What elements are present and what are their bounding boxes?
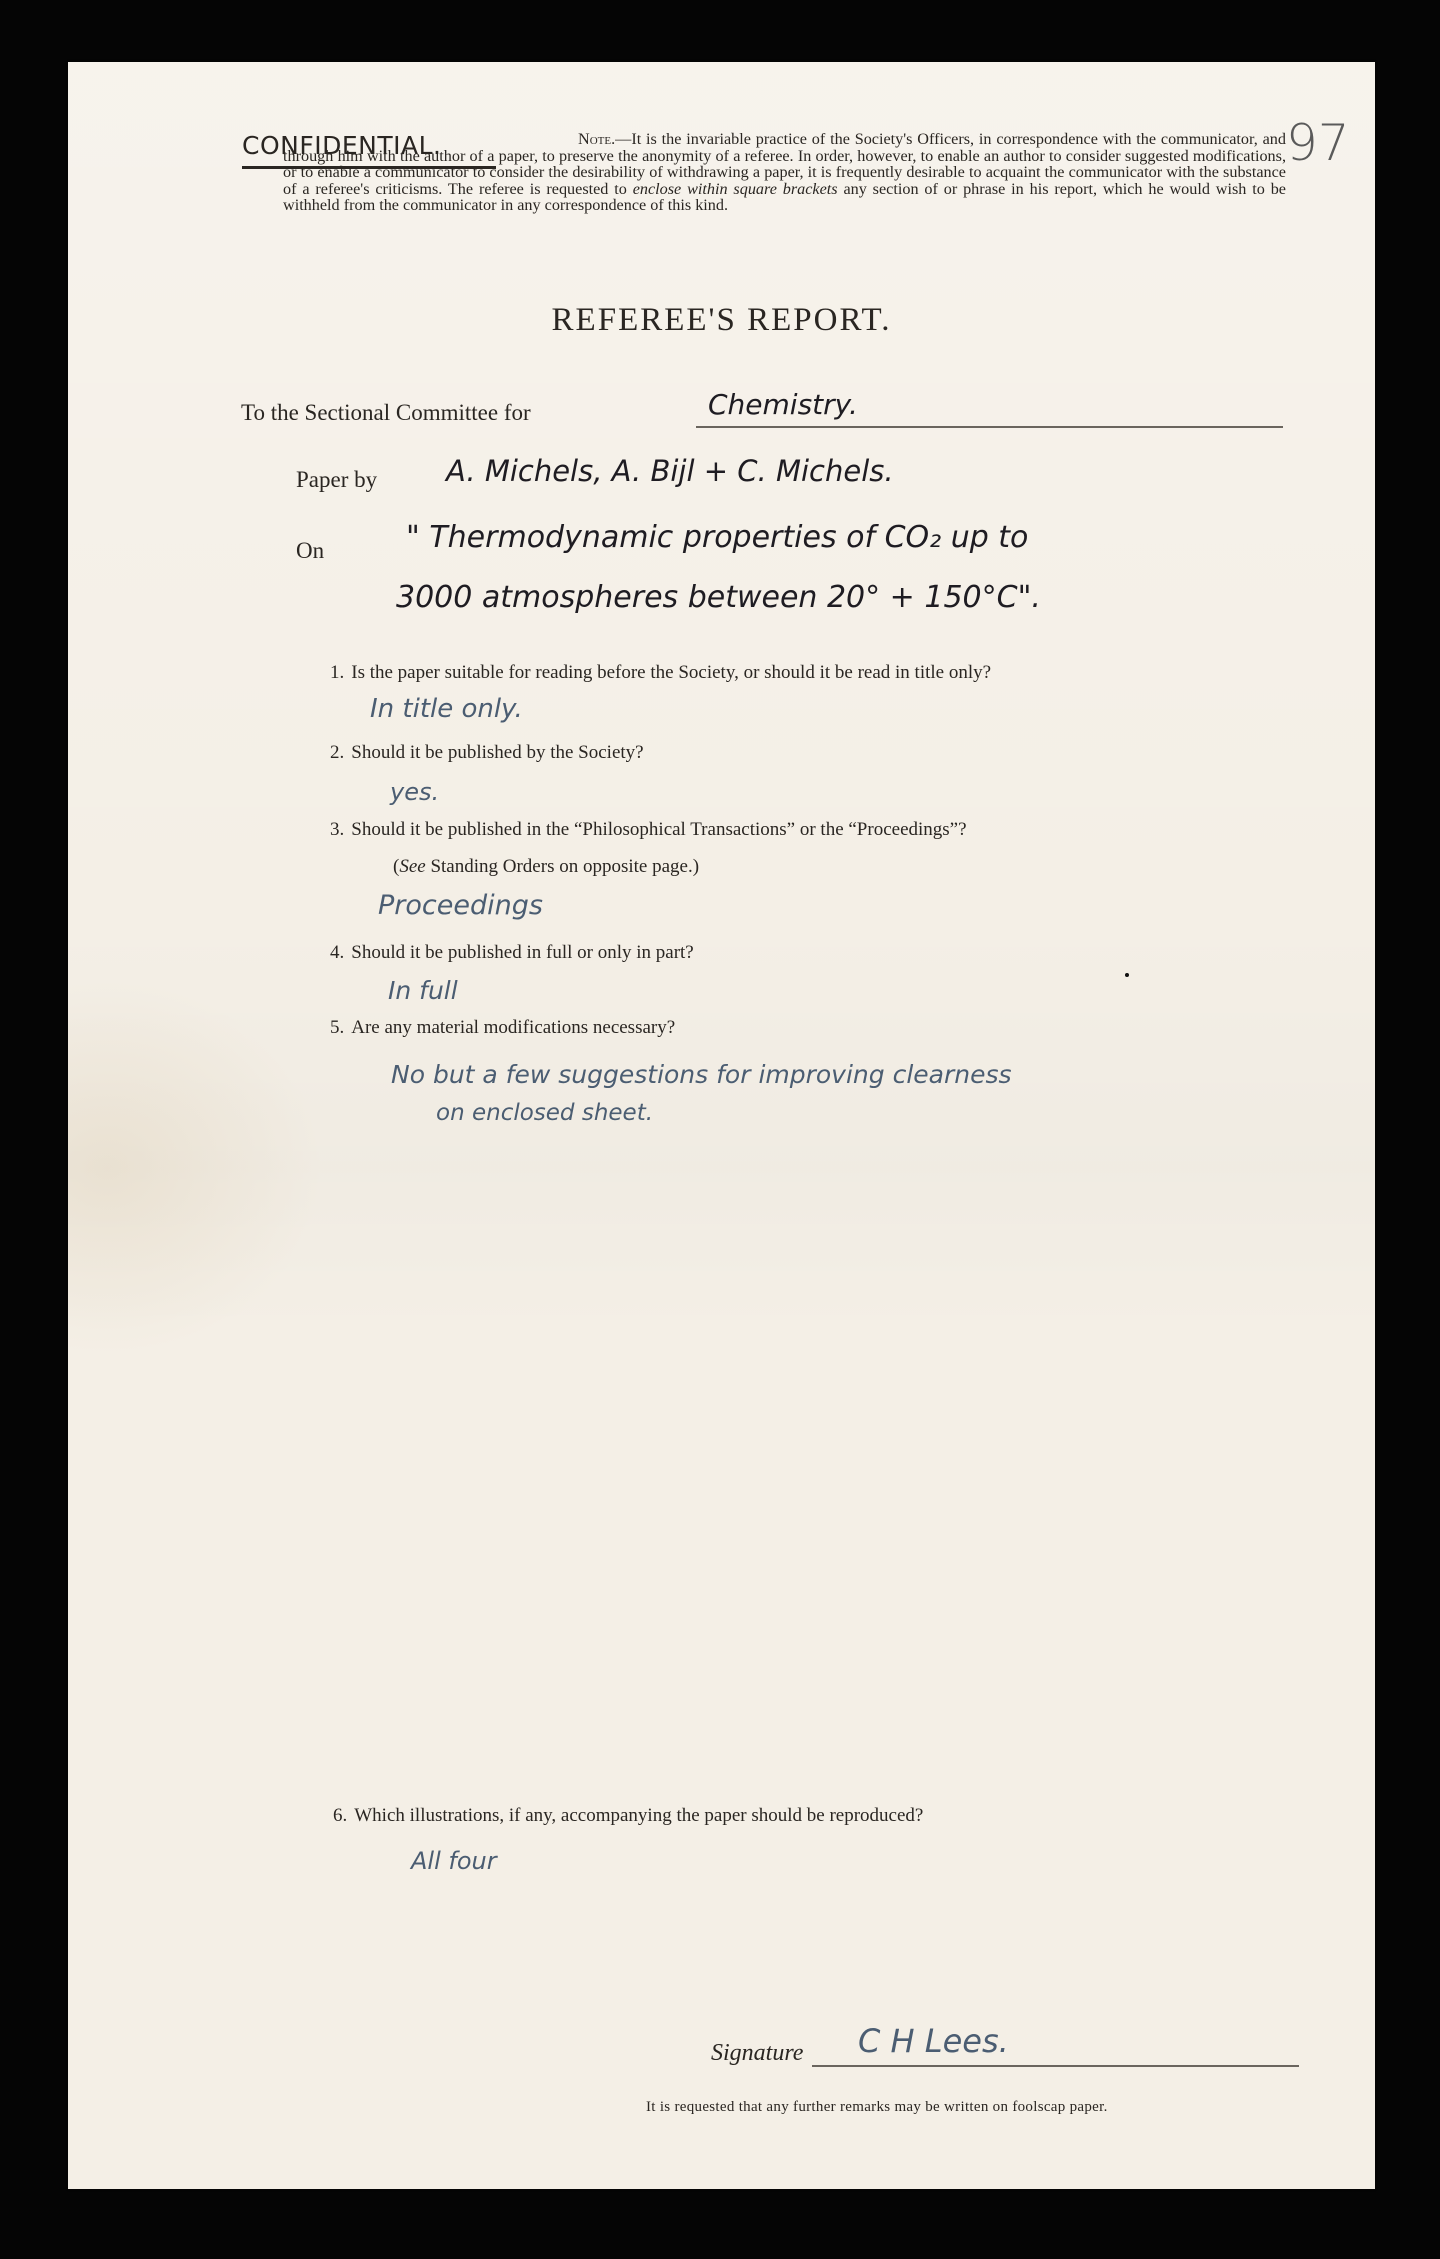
question-2: 2.Should it be published by the Society? [330,742,644,764]
question-3-note: (See Standing Orders on opposite page.) [393,856,699,878]
note-emphasis: enclose within square brackets [633,180,838,198]
question-text: Is the paper suitable for reading before… [351,662,991,683]
answer-1: In title only. [370,694,523,724]
committee-value: Chemistry. [708,388,858,421]
on-label: On [296,538,324,564]
question-5: 5.Are any material modifications necessa… [330,1017,675,1039]
committee-field-line [696,426,1283,428]
question-4: 4.Should it be published in full or only… [330,942,694,964]
note-text: Standing Orders on opposite page.) [426,856,699,877]
answer-3: Proceedings [378,890,543,921]
question-text: Are any material modifications necessary… [351,1017,675,1038]
answer-2: yes. [390,778,439,806]
signature-line [812,2065,1299,2067]
answer-4: In full [388,976,458,1005]
signature-label: Signature [711,2040,803,2067]
paper-by-label: Paper by [296,467,377,493]
question-number: 3. [330,819,344,840]
signature-value: C H Lees. [858,2022,1009,2060]
paper-title-line-2: 3000 atmospheres between 20° + 150°C". [396,580,1041,615]
question-text: Should it be published in full or only i… [351,942,694,963]
question-1: 1.Is the paper suitable for reading befo… [330,662,991,684]
paper-title-line-1: " Thermodynamic properties of CO₂ up to [406,520,1028,555]
note-lead: Note. [578,130,615,148]
question-text: Should it be published by the Society? [351,742,643,763]
page-title: REFEREE'S REPORT. [68,302,1375,339]
question-number: 2. [330,742,344,763]
footer-note: It is requested that any further remarks… [646,2099,1108,2116]
question-6: 6.Which illustrations, if any, accompany… [333,1805,923,1827]
question-3: 3.Should it be published in the “Philoso… [330,819,967,841]
question-text: Should it be published in the “Philosoph… [351,819,966,840]
referee-report-page: 97 CONFIDENTIAL. Note.—It is the invaria… [68,62,1375,2189]
committee-label: To the Sectional Committee for [241,400,531,426]
answer-5-line-1: No but a few suggestions for improving c… [391,1060,1012,1089]
question-number: 4. [330,942,344,963]
answer-6: All four [411,1847,497,1875]
page-number: 97 [1286,114,1350,172]
note-emphasis: See [399,856,425,877]
ink-speck [1125,973,1129,977]
question-number: 1. [330,662,344,683]
confidentiality-note: Note.—It is the invariable practice of t… [283,131,1286,214]
answer-5-line-2: on enclosed sheet. [436,1100,653,1126]
question-number: 5. [330,1017,344,1038]
question-text: Which illustrations, if any, accompanyin… [354,1805,923,1826]
paper-by-value: A. Michels, A. Bijl + C. Michels. [446,454,894,488]
question-number: 6. [333,1805,347,1826]
